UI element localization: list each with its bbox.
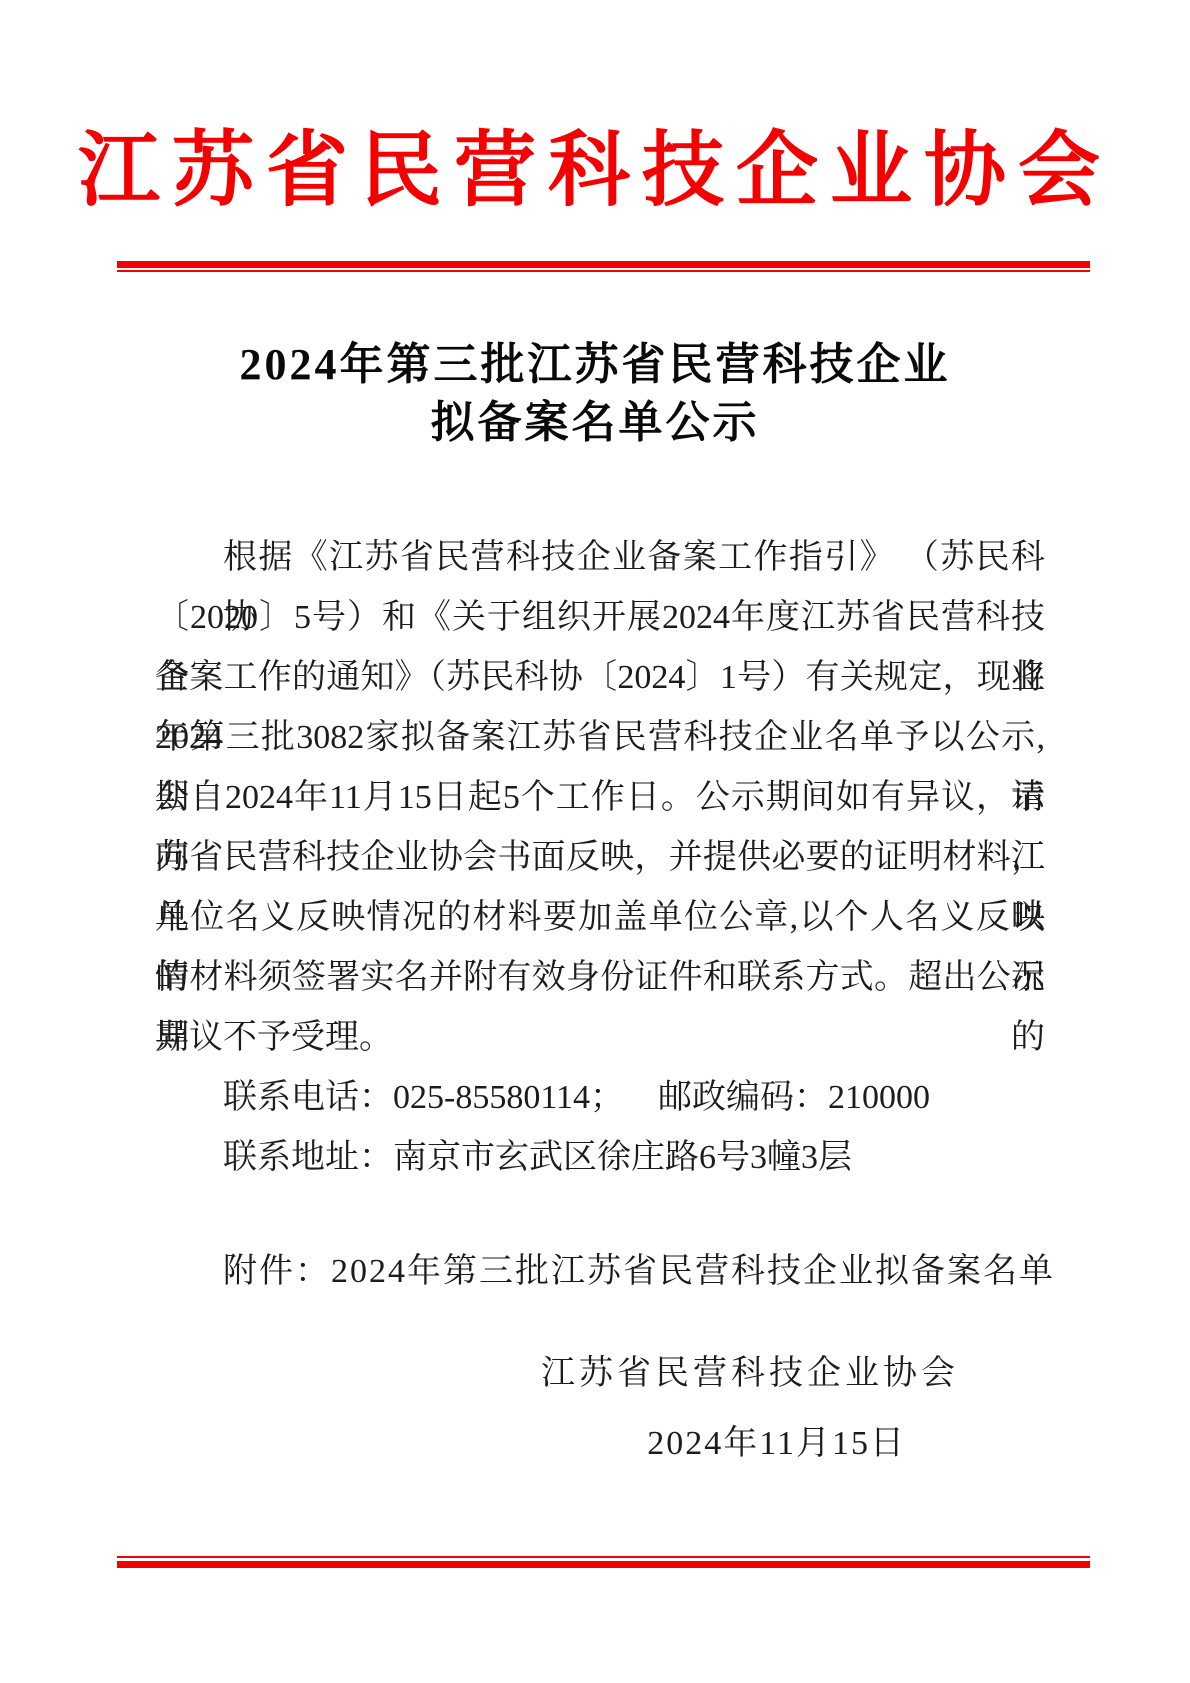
letterhead-org-title: 江苏省民营科技企业协会 — [0, 122, 1190, 220]
divider-thick-line — [117, 1561, 1090, 1568]
attachment-line: 附件：2024年第三批江苏省民营科技企业拟备案名单 — [223, 1242, 1055, 1302]
signature-org-name: 江苏省民营科技企业协会 — [0, 1344, 1190, 1404]
contact-phone-line: 联系电话：025-85580114； 邮政编码：210000 — [155, 1068, 1045, 1128]
body-line: 期自2024年11月15日起5个工作日。公示期间如有异议，请向江 — [155, 768, 1045, 828]
body-line: 备案工作的通知》（苏民科协〔2024〕1号）有关规定，现将2024 — [155, 648, 1045, 708]
divider-thick-line — [117, 261, 1090, 268]
body-paragraph: 根据《江苏省民营科技企业备案工作指引》 （苏民科协 〔2020〕5号）和《关于组… — [155, 528, 1045, 1188]
signature-date: 2024年11月15日 — [0, 1414, 1190, 1474]
document-title-line1: 2024年第三批江苏省民营科技企业 — [0, 336, 1190, 394]
body-line: 的材料须签署实名并附有效身份证件和联系方式。超出公示期的 — [155, 948, 1045, 1008]
letterhead-divider-rule — [117, 261, 1090, 272]
body-line: 根据《江苏省民营科技企业备案工作指引》 （苏民科协 — [155, 528, 1045, 588]
document-page: 江苏省民营科技企业协会 2024年第三批江苏省民营科技企业 拟备案名单公示 根据… — [0, 0, 1190, 1683]
body-line: 苏省民营科技企业协会书面反映，并提供必要的证明材料，凡以 — [155, 828, 1045, 888]
document-title: 2024年第三批江苏省民营科技企业 拟备案名单公示 — [0, 336, 1190, 452]
footer-divider-rule — [117, 1556, 1090, 1568]
divider-thin-line — [117, 270, 1090, 272]
contact-address-line: 联系地址：南京市玄武区徐庄路6号3幢3层 — [155, 1128, 1045, 1188]
body-line: 〔2020〕5号）和《关于组织开展2024年度江苏省民营科技企业 — [155, 588, 1045, 648]
body-line: 年第三批3082家拟备案江苏省民营科技企业名单予以公示,公示 — [155, 708, 1045, 768]
body-line: 单位名义反映情况的材料要加盖单位公章,以个人名义反映情况 — [155, 888, 1045, 948]
document-title-line2: 拟备案名单公示 — [0, 394, 1190, 452]
